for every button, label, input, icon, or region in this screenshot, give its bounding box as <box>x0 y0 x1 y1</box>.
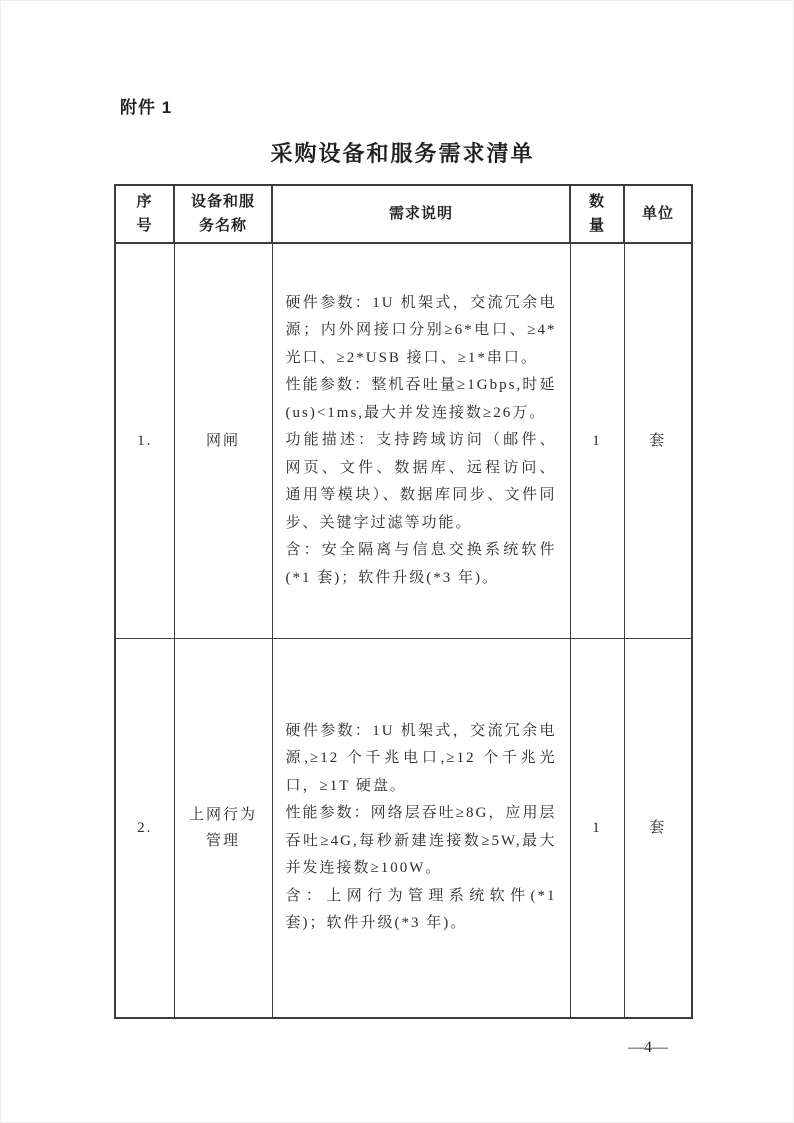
table-row: 1. 网闸 硬件参数：1U 机架式，交流冗余电源；内外网接口分别≥6*电口、≥4… <box>115 243 692 638</box>
item-name-cell: 网闸 <box>174 243 272 638</box>
table-header-row: 序号 设备和服务名称 需求说明 数量 单位 <box>115 185 692 243</box>
unit-cell: 套 <box>624 243 692 638</box>
column-header-quantity: 数量 <box>570 185 624 243</box>
quantity-cell: 1 <box>570 638 624 1018</box>
quantity-cell: 1 <box>570 243 624 638</box>
row-index-cell: 2. <box>115 638 174 1018</box>
column-header-description: 需求说明 <box>272 185 570 243</box>
requirements-table: 序号 设备和服务名称 需求说明 数量 单位 1. 网闸 硬件参数：1U 机架式，… <box>114 184 693 1019</box>
row-index-cell: 1. <box>115 243 174 638</box>
document-page: 附件 1 采购设备和服务需求清单 序号 设备和服务名称 需求说明 数量 单位 1… <box>0 0 794 1123</box>
attachment-label: 附件 1 <box>120 93 172 118</box>
column-header-index: 序号 <box>115 185 174 243</box>
table-row: 2. 上网行为管理 硬件参数：1U 机架式，交流冗余电源,≥12 个千兆电口,≥… <box>115 638 692 1018</box>
page-title: 采购设备和服务需求清单 <box>114 137 691 168</box>
page-number: —4— <box>628 1039 668 1057</box>
unit-cell: 套 <box>624 638 692 1018</box>
item-name-cell: 上网行为管理 <box>174 638 272 1018</box>
description-cell: 硬件参数：1U 机架式，交流冗余电源,≥12 个千兆电口,≥12 个千兆光口，≥… <box>272 638 570 1018</box>
description-cell: 硬件参数：1U 机架式，交流冗余电源；内外网接口分别≥6*电口、≥4*光口、≥2… <box>272 243 570 638</box>
column-header-unit: 单位 <box>624 185 692 243</box>
column-header-name: 设备和服务名称 <box>174 185 272 243</box>
